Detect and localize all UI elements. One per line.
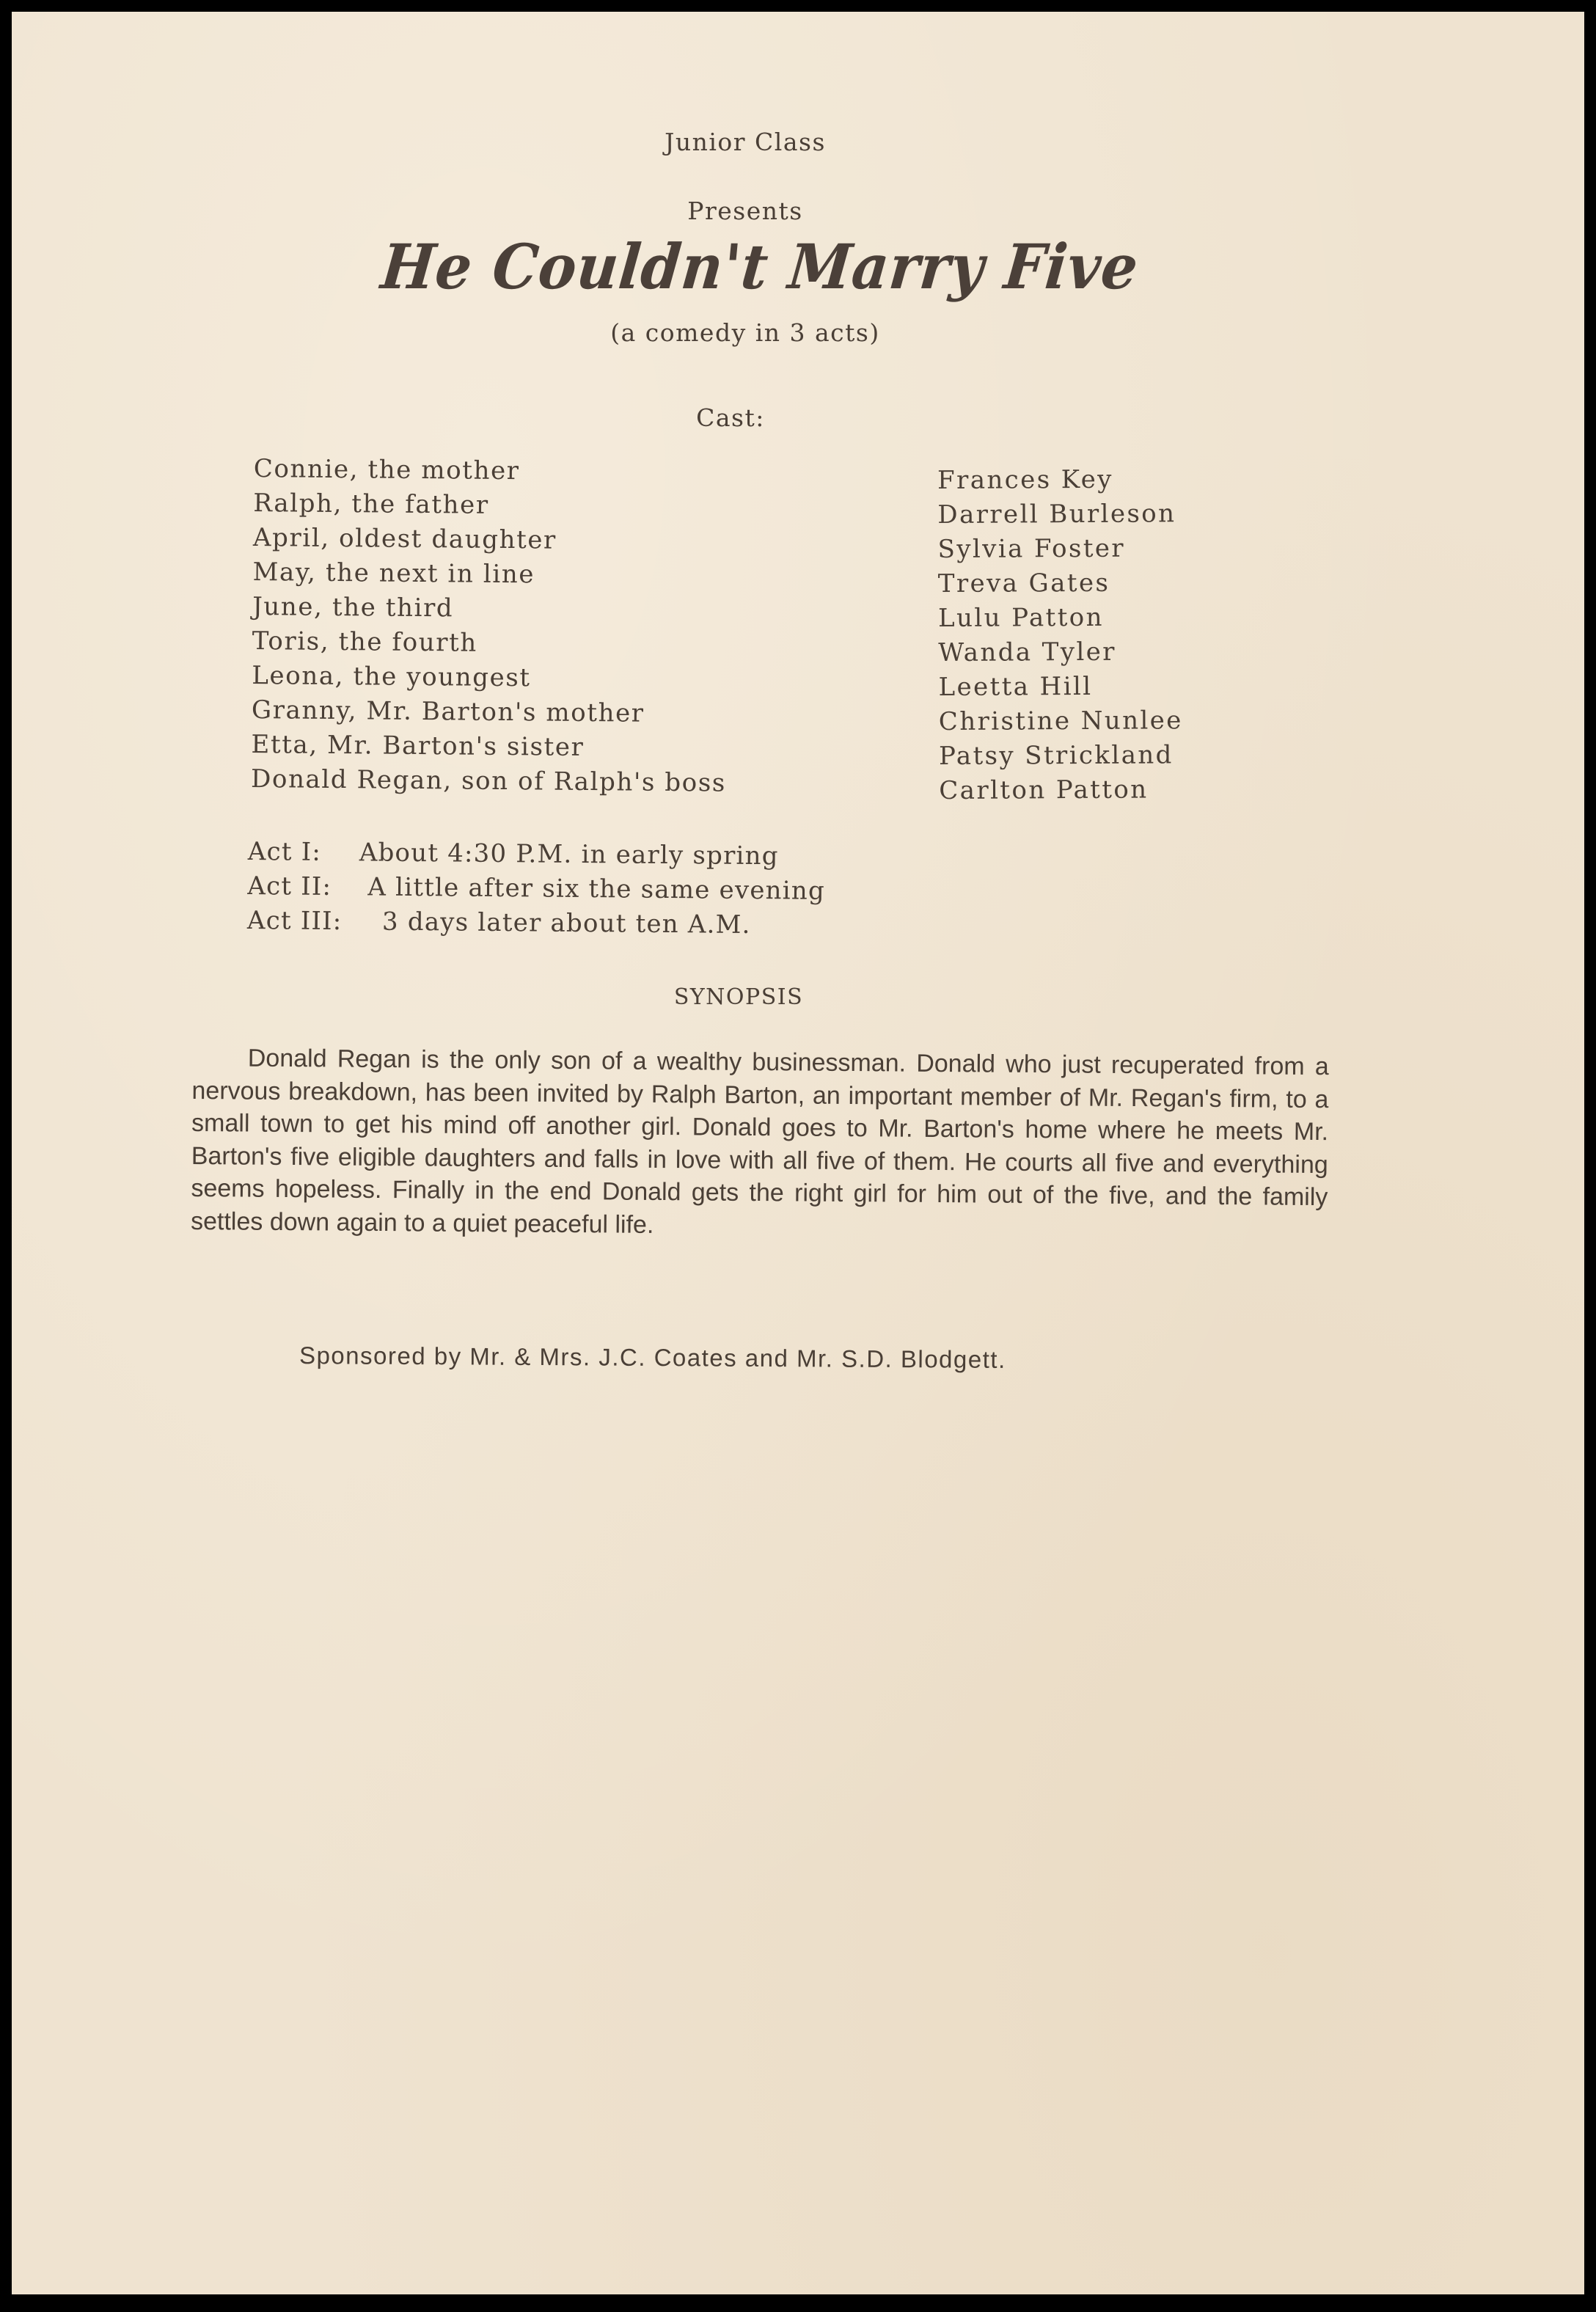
cast-actors-column: Frances Key Darrell Burleson Sylvia Fost…: [937, 462, 1183, 808]
acts-list: Act I: About 4:30 P.M. in early spring A…: [247, 835, 826, 943]
act-label: Act II:: [247, 869, 359, 904]
synopsis-heading: SYNOPSIS: [12, 984, 1465, 1010]
cast-role: Toris, the fourth: [252, 624, 728, 663]
cast-role: Leona, the youngest: [252, 659, 727, 698]
cast-role: Granny, Mr. Barton's mother: [252, 693, 727, 732]
program-page: Junior Class Presents He Couldn't Marry …: [12, 12, 1584, 2294]
play-title: He Couldn't Marry Five: [68, 230, 1452, 303]
cast-heading: Cast:: [12, 403, 1449, 432]
synopsis-text-block: Donald Regan is the only son of a wealth…: [191, 1042, 1329, 1246]
cast-roles-column: Connie, the mother Ralph, the father Apr…: [251, 452, 729, 801]
act-label: Act I:: [248, 835, 351, 870]
cast-role: June, the third: [252, 590, 728, 629]
cast-actor: Lulu Patton: [938, 600, 1182, 636]
cast-actor: Sylvia Foster: [937, 531, 1182, 567]
act-description: 3 days later about ten A.M.: [382, 907, 751, 940]
cast-role: May, the next in line: [252, 555, 728, 594]
act-line: Act III: 3 days later about ten A.M.: [247, 904, 825, 943]
cast-actor: Wanda Tyler: [938, 634, 1182, 670]
act-line: Act I: About 4:30 P.M. in early spring: [248, 835, 826, 874]
act-description: A little after six the same evening: [367, 872, 825, 905]
presents-label: Presents: [12, 197, 1479, 225]
synopsis-paragraph: Donald Regan is the only son of a wealth…: [191, 1042, 1329, 1246]
cast-actor: Frances Key: [937, 462, 1182, 498]
act-line: Act II: A little after six the same even…: [247, 869, 825, 909]
cast-role: Etta, Mr. Barton's sister: [251, 728, 726, 767]
sponsor-line: Sponsored by Mr. & Mrs. J.C. Coates and …: [299, 1342, 1006, 1374]
act-label: Act III:: [247, 904, 373, 939]
cast-actor: Patsy Strickland: [939, 738, 1183, 774]
cast-actor: Christine Nunlee: [939, 703, 1183, 739]
cast-actor: Treva Gates: [938, 566, 1182, 601]
act-description: About 4:30 P.M. in early spring: [359, 838, 779, 871]
cast-actor: Leetta Hill: [938, 669, 1182, 705]
cast-role: Ralph, the father: [253, 486, 728, 525]
cast-actor: Darrell Burleson: [937, 497, 1182, 533]
cast-role: Donald Regan, son of Ralph's boss: [251, 762, 726, 801]
cast-role: April, oldest daughter: [253, 521, 728, 560]
play-subtitle: (a comedy in 3 acts): [12, 318, 1479, 347]
presenter-label: Junior Class: [12, 128, 1479, 156]
cast-role: Connie, the mother: [254, 452, 729, 491]
cast-actor: Carlton Patton: [939, 772, 1183, 808]
